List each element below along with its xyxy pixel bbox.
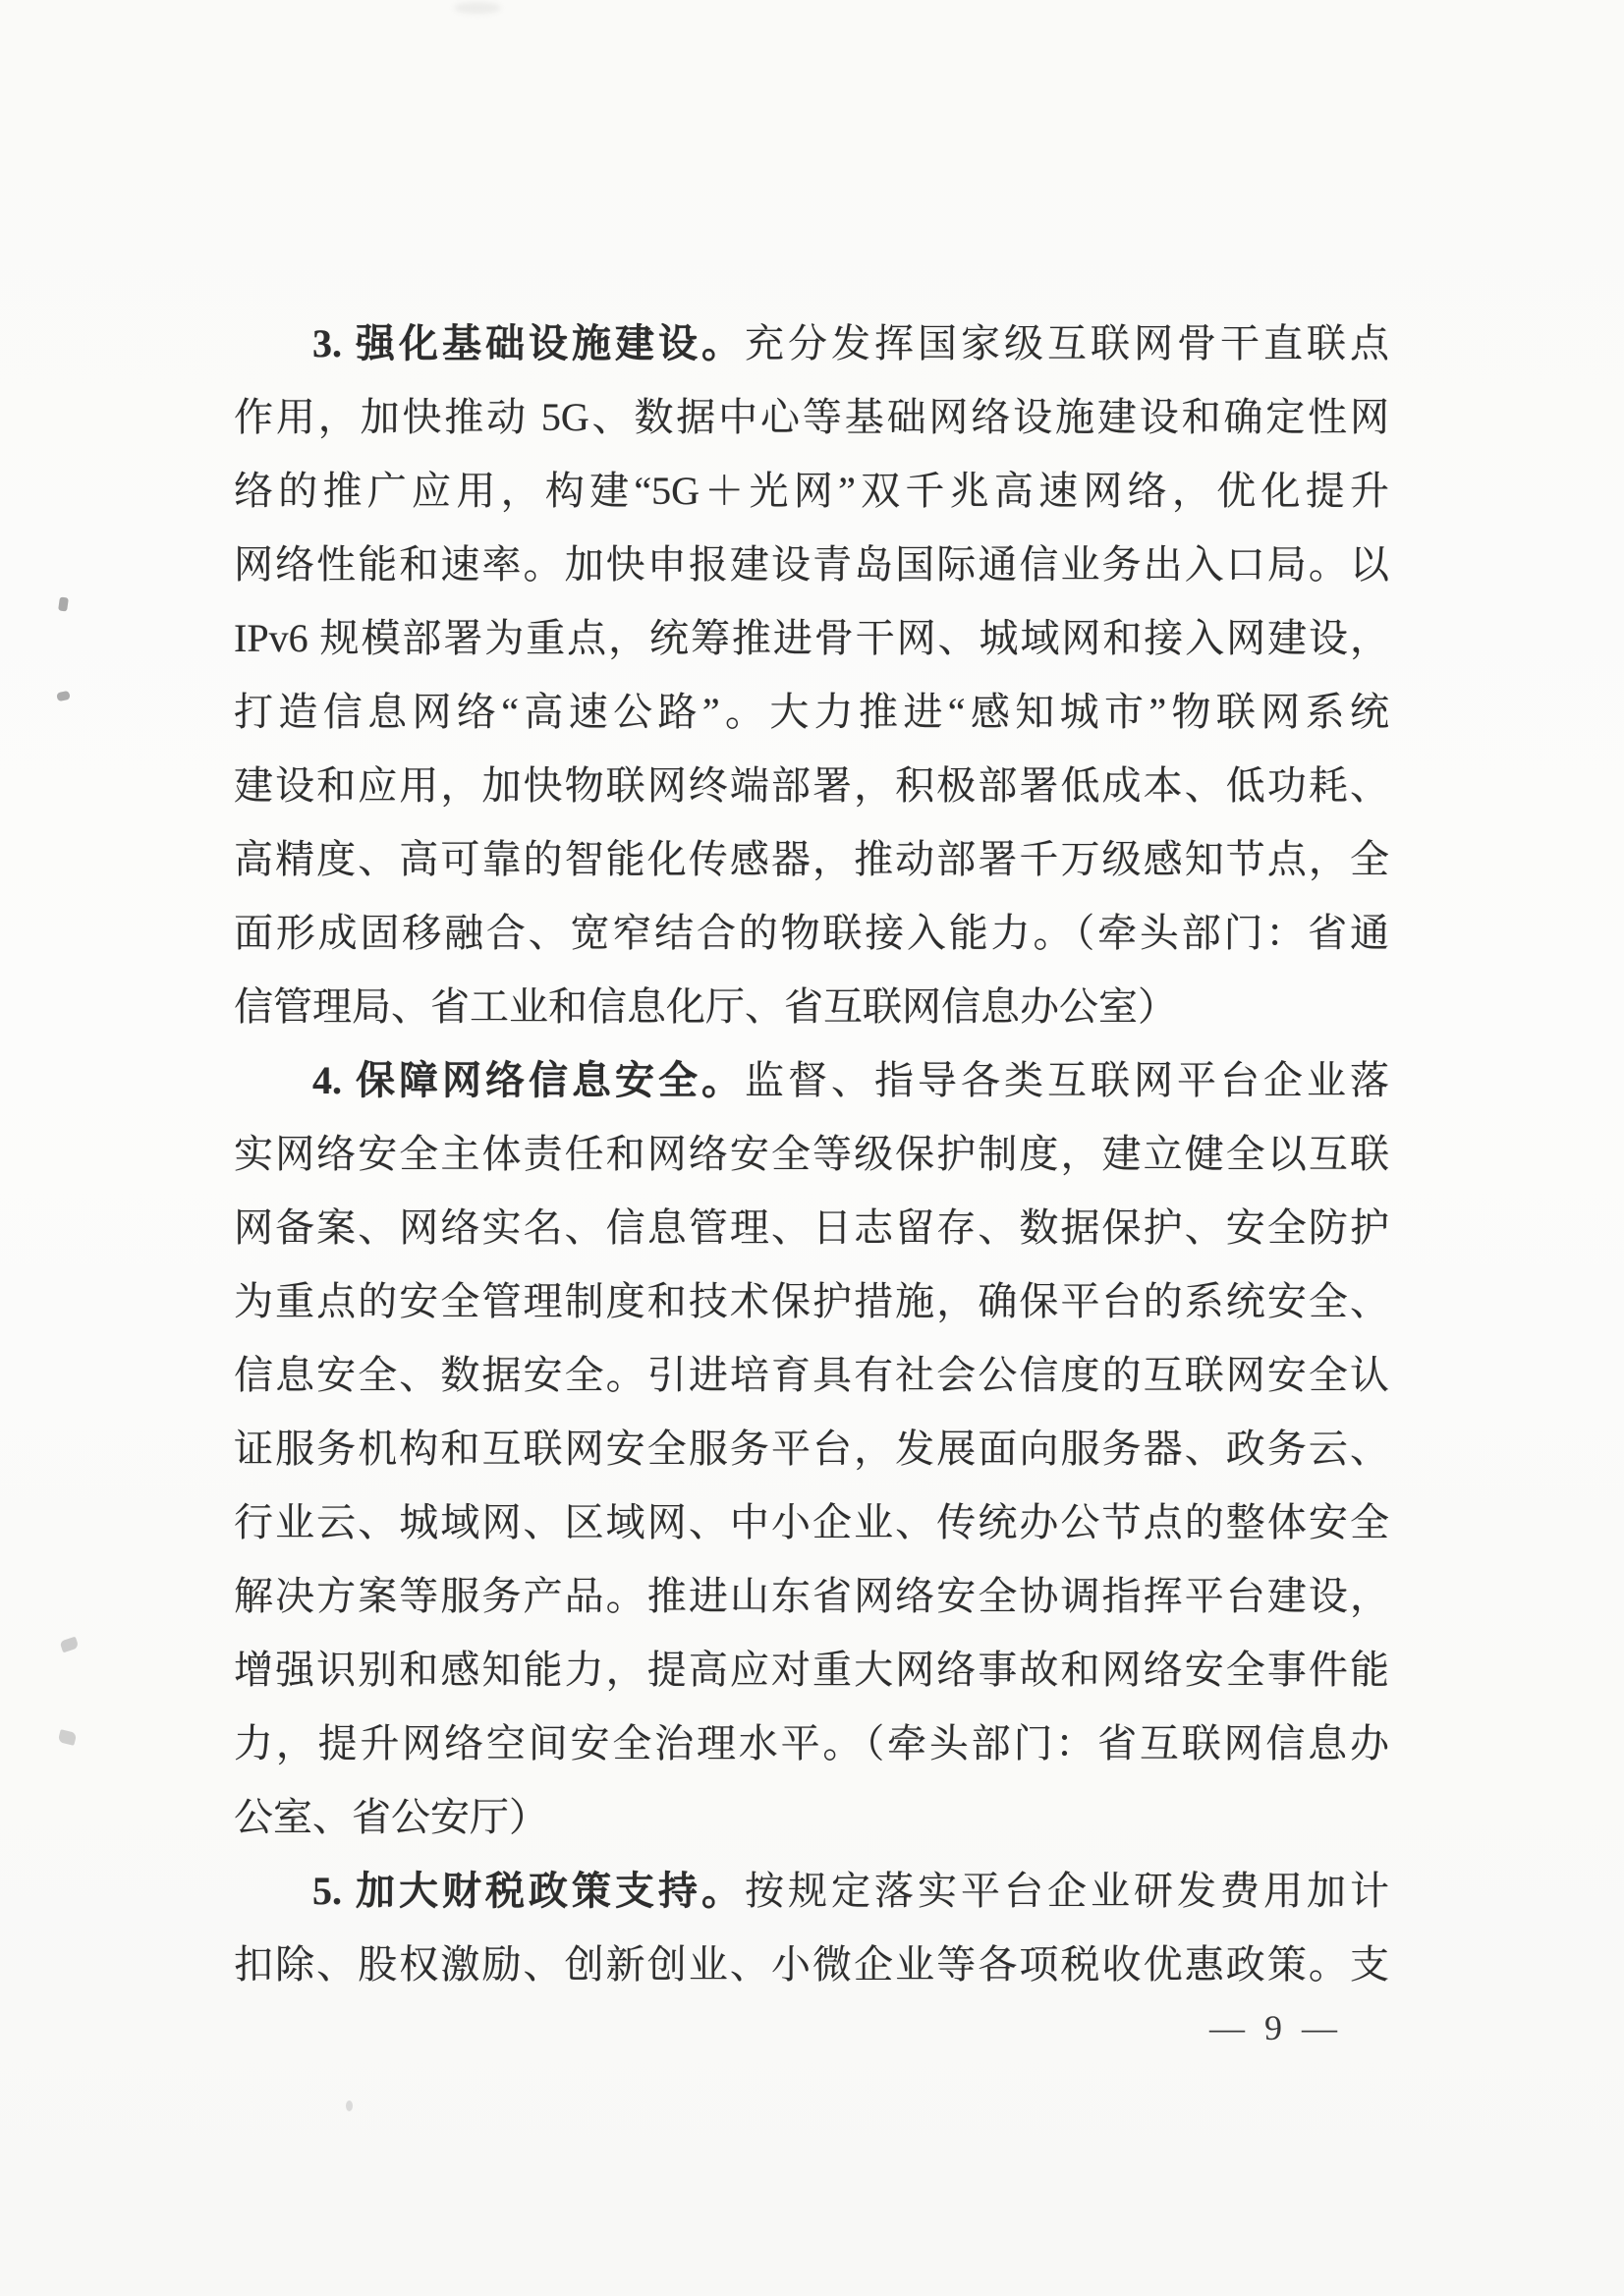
text-line: 信管理局、省工业和信息化厅、省互联网信息办公室）: [234, 970, 1389, 1043]
footer-dash-left: —: [1209, 2007, 1245, 2048]
scan-artifact: [454, 2, 501, 14]
text-line: 证服务机构和互联网安全服务平台，发展面向服务器、政务云、: [234, 1412, 1389, 1485]
text-line: 力，提升网络空间安全治理水平。（牵头部门：省互联网信息办: [234, 1707, 1389, 1780]
paragraph-lead: 5. 加大财税政策支持。: [312, 1869, 745, 1913]
text-line: 公室、省公安厅）: [234, 1780, 1389, 1854]
paragraph-lead: 4. 保障网络信息安全。: [312, 1058, 745, 1102]
text-line: 信息安全、数据安全。引进培育具有社会公信度的互联网安全认: [234, 1338, 1389, 1412]
text-line: 行业云、城域网、区域网、中小企业、传统办公节点的整体安全: [234, 1485, 1389, 1559]
line-text: 充分发挥国家级互联网骨干直联点: [745, 321, 1389, 365]
body-text: 3. 强化基础设施建设。充分发挥国家级互联网骨干直联点 作用，加快推动 5G、数…: [234, 307, 1389, 2001]
document-page: 3. 强化基础设施建设。充分发挥国家级互联网骨干直联点 作用，加快推动 5G、数…: [0, 0, 1624, 2296]
text-line: 实网络安全主体责任和网络安全等级保护制度，建立健全以互联: [234, 1117, 1389, 1191]
paragraph-lead: 3. 强化基础设施建设。: [312, 321, 745, 365]
page-number: 9: [1264, 2007, 1282, 2048]
text-line: 扣除、股权激励、创新创业、小微企业等各项税收优惠政策。支: [234, 1928, 1389, 2001]
scan-artifact: [60, 1637, 80, 1653]
text-line: 增强识别和感知能力，提高应对重大网络事故和网络安全事件能: [234, 1633, 1389, 1707]
text-line: 为重点的安全管理制度和技术保护措施，确保平台的系统安全、: [234, 1264, 1389, 1338]
text-line: 网络性能和速率。加快申报建设青岛国际通信业务出入口局。以: [234, 528, 1389, 601]
text-line: 作用，加快推动 5G、数据中心等基础网络设施建设和确定性网: [234, 380, 1389, 454]
line-text: 按规定落实平台企业研发费用加计: [745, 1869, 1389, 1913]
text-line: 高精度、高可靠的智能化传感器，推动部署千万级感知节点，全: [234, 822, 1389, 896]
scan-artifact: [56, 691, 71, 702]
text-line: 3. 强化基础设施建设。充分发挥国家级互联网骨干直联点: [234, 307, 1389, 380]
footer-dash-right: —: [1302, 2007, 1337, 2048]
text-line: 建设和应用，加快物联网终端部署，积极部署低成本、低功耗、: [234, 749, 1389, 822]
line-text: 监督、指导各类互联网平台企业落: [745, 1058, 1389, 1102]
page-footer: — 9 —: [1185, 2002, 1362, 2053]
scan-artifact: [346, 2100, 353, 2111]
text-line: 络的推广应用，构建“5G＋光网”双千兆高速网络，优化提升: [234, 454, 1389, 528]
text-line: 4. 保障网络信息安全。监督、指导各类互联网平台企业落: [234, 1043, 1389, 1117]
scan-artifact: [58, 596, 69, 611]
text-line: 面形成固移融合、宽窄结合的物联接入能力。（牵头部门：省通: [234, 896, 1389, 970]
scan-artifact: [58, 1729, 78, 1746]
text-line: 5. 加大财税政策支持。按规定落实平台企业研发费用加计: [234, 1854, 1389, 1928]
text-line: 网备案、网络实名、信息管理、日志留存、数据保护、安全防护: [234, 1191, 1389, 1264]
text-line: 打造信息网络“高速公路”。大力推进“感知城市”物联网系统: [234, 675, 1389, 749]
text-line: IPv6 规模部署为重点，统筹推进骨干网、城域网和接入网建设，: [234, 601, 1389, 675]
text-line: 解决方案等服务产品。推进山东省网络安全协调指挥平台建设，: [234, 1559, 1389, 1633]
